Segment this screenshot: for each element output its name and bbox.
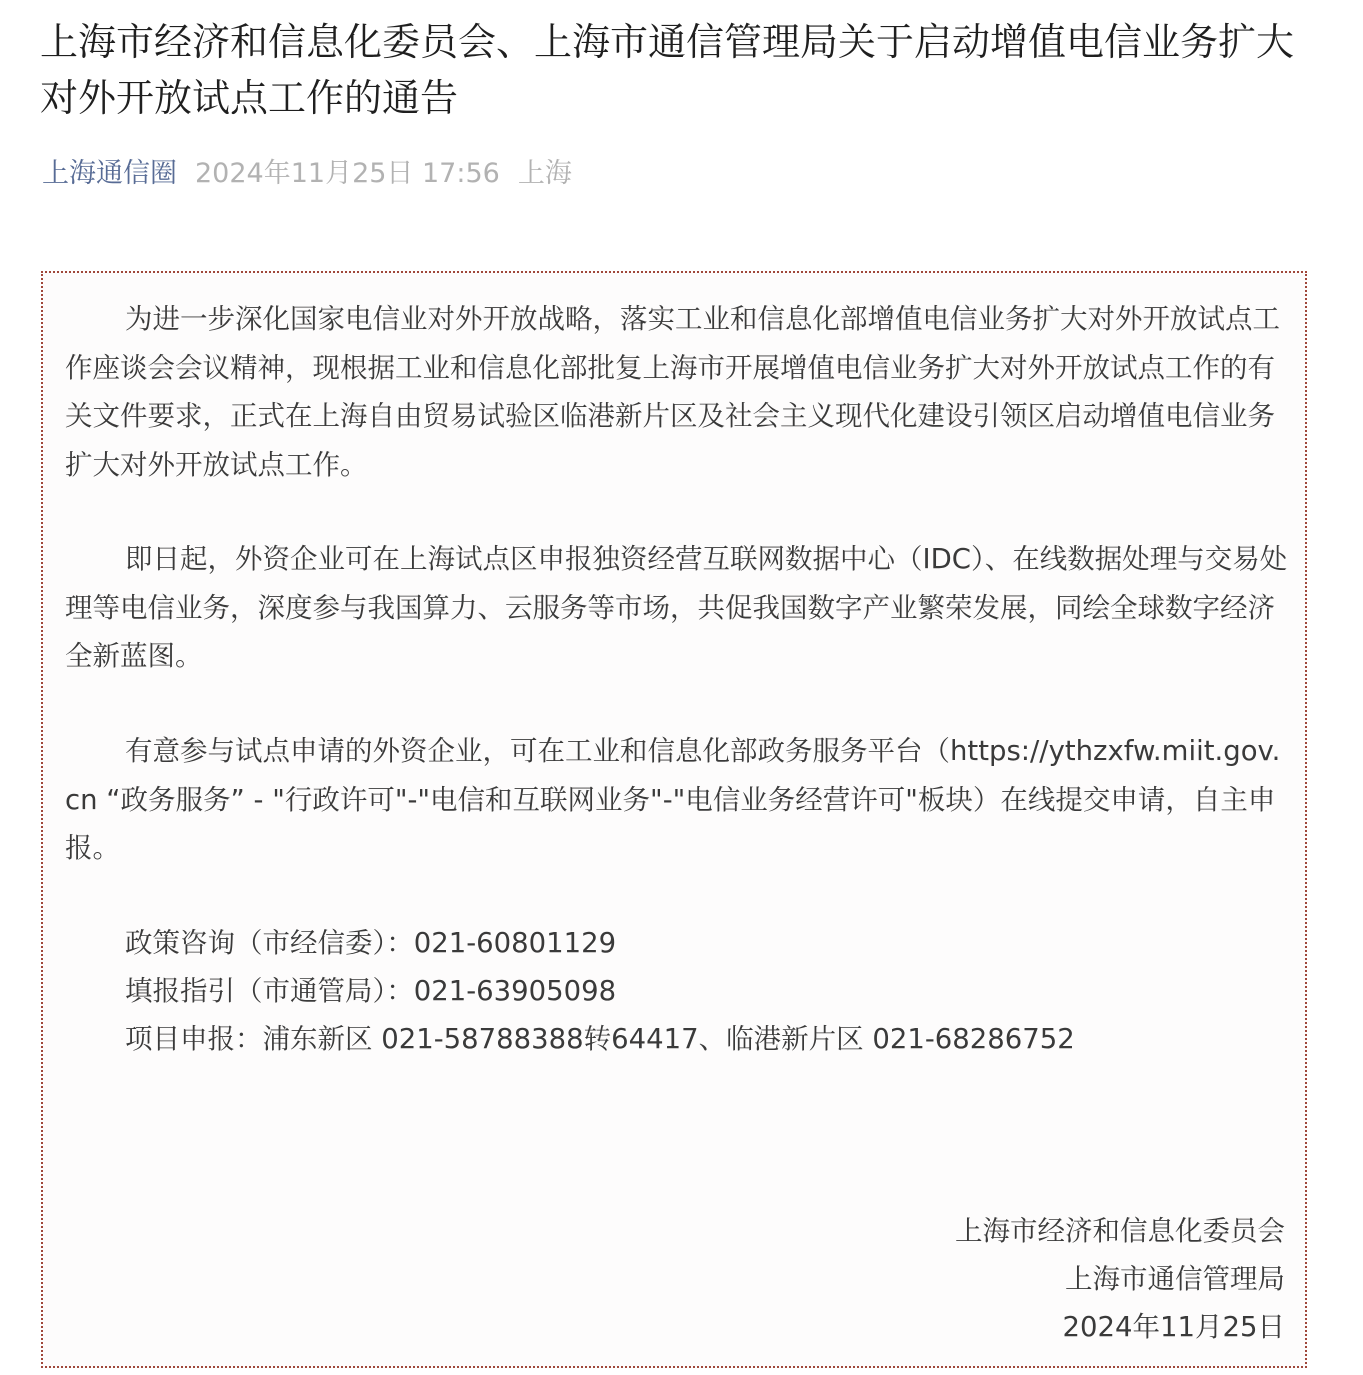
article-title: 上海市经济和信息化委员会、上海市通信管理局关于启动增值电信业务扩大对外开放试点工… [40,14,1330,126]
author-link[interactable]: 上海通信圈 [42,158,177,189]
article-meta: 上海通信圈2024年11月25日 17:56上海 [42,154,572,194]
paragraph-scope: 即日起，外资企业可在上海试点区申报独资经营互联网数据中心（IDC）、在线数据处理… [65,535,1290,681]
paragraph-application: 有意参与试点申请的外资企业，可在工业和信息化部政务服务平台（https://yt… [65,727,1290,873]
contact-filing-guide: 填报指引（市通管局）：021-63905098 [125,967,616,1016]
contact-project-application: 项目申报：浦东新区 021-58788388转64417、临港新片区 021-6… [125,1015,1075,1064]
paragraph-intro: 为进一步深化国家电信业对外开放战略，落实工业和信息化部增值电信业务扩大对外开放试… [65,295,1290,489]
signature-org-1: 上海市经济和信息化委员会 [955,1207,1285,1256]
publish-datetime: 2024年11月25日 17:56 [195,158,500,189]
signature-date: 2024年11月25日 [1063,1303,1285,1352]
publish-location: 上海 [518,158,572,189]
contact-policy-consult: 政策咨询（市经信委）：021-60801129 [125,919,616,968]
notice-content-box: 为进一步深化国家电信业对外开放战略，落实工业和信息化部增值电信业务扩大对外开放试… [41,271,1307,1368]
signature-org-2: 上海市通信管理局 [1065,1255,1285,1304]
